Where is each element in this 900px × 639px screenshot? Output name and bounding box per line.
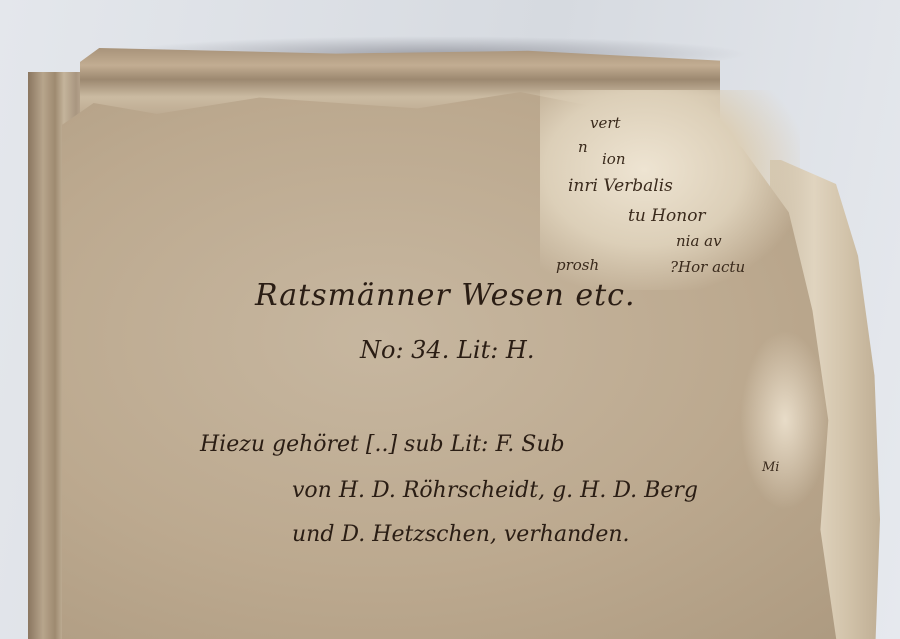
fragment-text: vert bbox=[590, 114, 621, 132]
inscription-note-line: von H. D. Röhrscheidt, g. H. D. Berg bbox=[292, 478, 698, 503]
fragment-text: inri Verbalis bbox=[568, 176, 673, 196]
fragment-text: ion bbox=[602, 150, 626, 168]
inscription-note-line: und D. Hetzschen, verhanden. bbox=[292, 522, 630, 547]
inscription-reference-number: No: 34. Lit: H. bbox=[360, 336, 535, 364]
edge-fragment: Mi bbox=[762, 460, 779, 475]
inscription-title: Ratsmänner Wesen etc. bbox=[255, 278, 636, 313]
fragment-text: n bbox=[578, 138, 588, 156]
fragment-text: tu Honor bbox=[628, 206, 706, 226]
fragment-text: prosh bbox=[556, 256, 599, 274]
fragment-text: nia av bbox=[676, 232, 722, 250]
inscription-note-line: Hiezu gehöret [..] sub Lit: F. Sub bbox=[200, 432, 565, 457]
fragment-text: ?Hor actu bbox=[670, 258, 745, 276]
water-damage-right bbox=[740, 330, 830, 510]
